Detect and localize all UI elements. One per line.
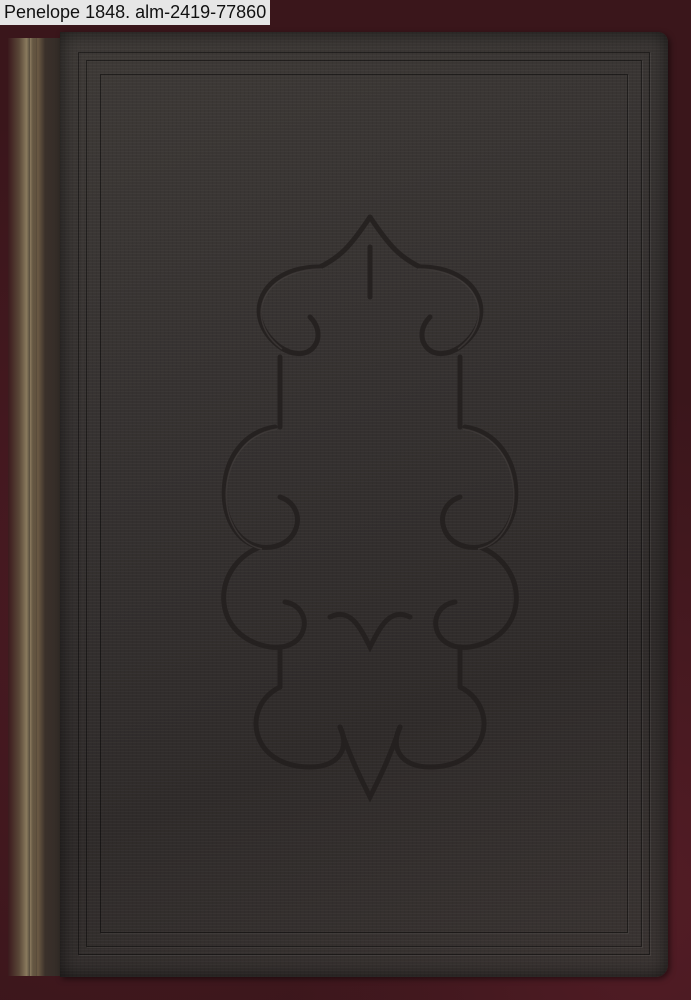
central-ornament-icon — [200, 207, 540, 807]
book — [8, 32, 668, 977]
book-cover — [60, 32, 668, 977]
image-caption: Penelope 1848. alm-2419-77860 — [0, 0, 270, 25]
